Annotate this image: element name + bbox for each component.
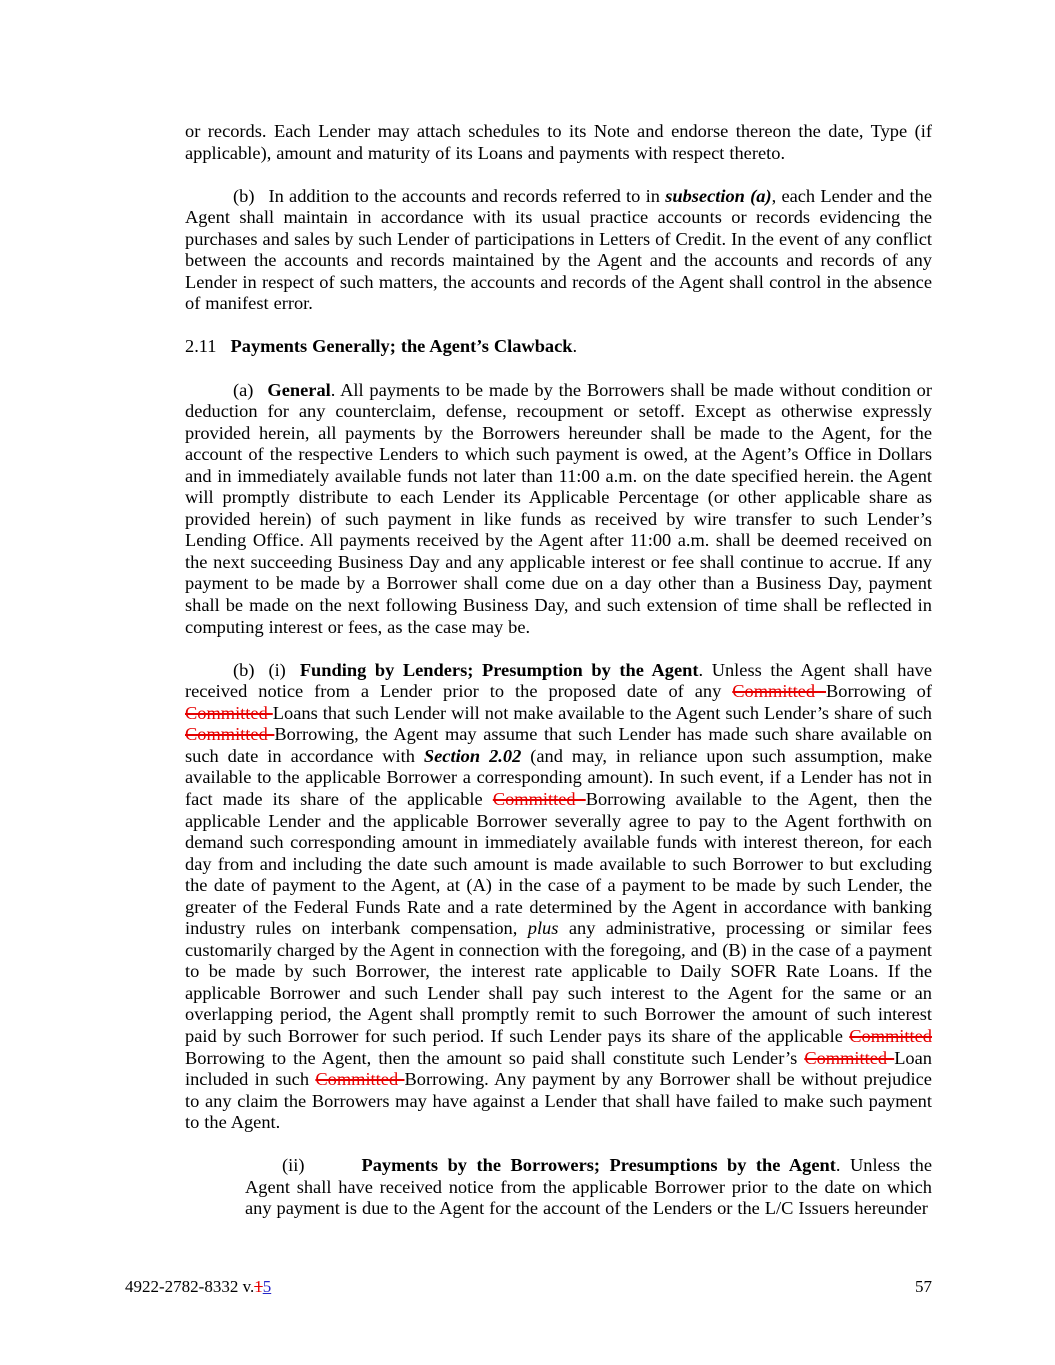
text-run: (b) (233, 186, 254, 206)
document-body: or records. Each Lender may attach sched… (185, 121, 932, 1241)
paragraph-b-i-funding: (b)(i)Funding by Lenders; Presumption by… (185, 660, 932, 1134)
text-run: (a) (233, 380, 253, 400)
text-run: (b) (233, 660, 254, 680)
continued-paragraph: or records. Each Lender may attach sched… (185, 121, 932, 164)
text-run: Borrowing to the Agent, then the amount … (185, 1048, 804, 1068)
paragraph-b-ii-payments: (ii)Payments by the Borrowers; Presumpti… (245, 1155, 932, 1220)
text-run: Section 2.02 (424, 746, 521, 766)
paragraph-a-general: (a)General. All payments to be made by t… (185, 380, 932, 639)
deleted-text: Committed (185, 724, 274, 744)
deleted-text: Committed (493, 789, 586, 809)
text-run: 2.11 (185, 336, 217, 356)
page-number: 57 (915, 1277, 932, 1297)
deleted-text: Committed (315, 1069, 404, 1089)
text-run: or records. Each Lender may attach sched… (185, 121, 932, 163)
inserted-version-number: 5 (263, 1277, 272, 1296)
text-run: Funding by Lenders; Presumption by the A… (300, 660, 699, 680)
text-run: . All payments to be made by the Borrowe… (185, 380, 932, 637)
text-run: General (267, 380, 330, 400)
text-run: (ii) (282, 1155, 304, 1175)
text-run: . (573, 336, 578, 356)
deleted-version-number: 1 (254, 1277, 263, 1296)
text-run: Payments Generally; the Agent’s Clawback (231, 336, 573, 356)
page-footer: 4922-2782-8332 v.15 57 (125, 1277, 932, 1297)
text-run: Borrowing available to the Agent, then t… (185, 789, 932, 938)
section-heading-2-11: 2.11Payments Generally; the Agent’s Claw… (185, 336, 932, 358)
text-run: In addition to the accounts and records … (268, 186, 665, 206)
paragraph-b: (b)In addition to the accounts and recor… (185, 186, 932, 315)
deleted-text: Committed (804, 1048, 894, 1068)
text-run: Loans that such Lender will not make ava… (273, 703, 932, 723)
deleted-text: Committed (732, 681, 826, 701)
deleted-text: Committed (849, 1026, 932, 1046)
document-page: or records. Each Lender may attach sched… (0, 0, 1055, 1365)
deleted-text: Committed (185, 703, 273, 723)
doc-id-text: 4922-2782-8332 v. (125, 1277, 254, 1296)
text-run: Payments by the Borrowers; Presumptions … (361, 1155, 835, 1175)
text-run: (i) (268, 660, 285, 680)
text-run: plus (528, 918, 559, 938)
document-id: 4922-2782-8332 v.15 (125, 1277, 271, 1297)
text-run: subsection (a) (665, 186, 771, 206)
text-run: Borrowing of (826, 681, 932, 701)
